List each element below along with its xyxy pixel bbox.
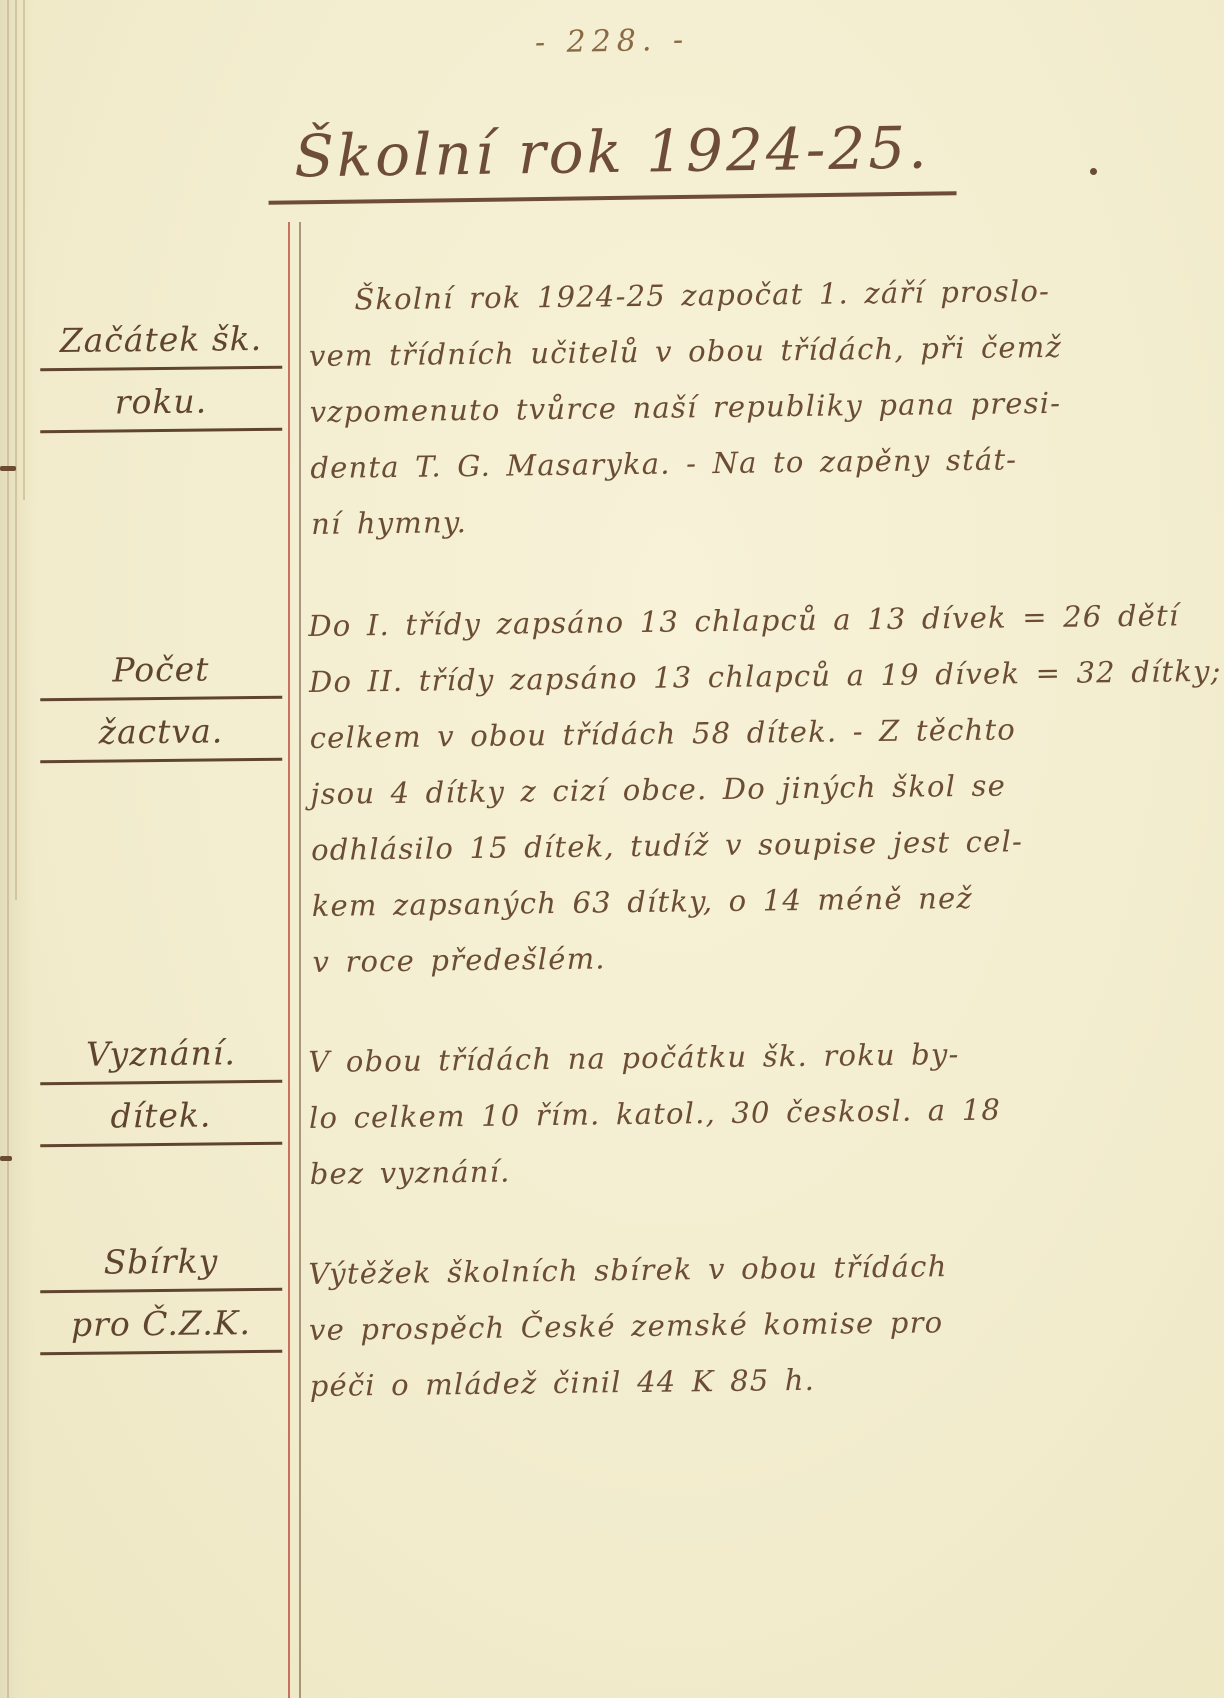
dark-margin-rule: [299, 222, 301, 1698]
text-line: v roce předešlém.: [312, 924, 1159, 990]
text-line: celkem v obou třídách 58 dítek. - Z těch…: [309, 700, 1156, 766]
margin-note-line: Počet: [40, 649, 283, 702]
text-line: ní hymny.: [311, 486, 1158, 552]
text-line: vzpomenuto tvůrce naší republiky pana pr…: [309, 374, 1156, 440]
text-line: kem zapsaných 63 dítky, o 14 méně než: [311, 868, 1158, 934]
chronicle-page: - 228. - Školní rok 1924-25. Začátek šk.…: [0, 0, 1224, 1698]
page-title: Školní rok 1924-25.: [0, 109, 1224, 208]
paragraph-collections: Výtěžek školních sbírek v obou třídách v…: [308, 1236, 1156, 1414]
text-line: Do II. třídy zapsáno 13 chlapců a 19 dív…: [309, 644, 1156, 710]
ink-speck: [1090, 168, 1097, 175]
text-line: Výtěžek školních sbírek v obou třídách: [308, 1236, 1155, 1302]
text-line: denta T. G. Masaryka. - Na to zapěny stá…: [310, 430, 1157, 496]
page-number: - 228. -: [0, 13, 1224, 69]
margin-note-sbirky: Sbírky pro Č.Z.K.: [40, 1242, 282, 1354]
paragraph-religion: V obou třídách na počátku šk. roku by- l…: [308, 1024, 1156, 1202]
ink-speck: [0, 466, 16, 471]
text-line: odhlásilo 15 dítek, tudíž v soupise jest…: [311, 812, 1158, 878]
margin-note-line: roku.: [40, 381, 283, 434]
text-line: Do I. třídy zapsáno 13 chlapců a 13 díve…: [308, 588, 1155, 654]
page-edge-line: [23, 0, 25, 500]
paragraph-school-year-start: Školní rok 1924-25 započat 1. září prosl…: [308, 262, 1157, 552]
text-line: vem třídních učitelů v obou třídách, při…: [309, 318, 1156, 384]
text-line: bez vyznání.: [309, 1136, 1156, 1202]
margin-note-vyznani: Vyznání. dítek.: [40, 1034, 282, 1146]
text-line: Školní rok 1924-25 započat 1. září prosl…: [308, 262, 1155, 328]
text-line: lo celkem 10 řím. katol., 30 českosl. a …: [309, 1080, 1156, 1146]
red-margin-rule: [288, 222, 290, 1698]
text-line: jsou 4 dítky z cizí obce. Do jiných škol…: [310, 756, 1157, 822]
text-line: V obou třídách na počátku šk. roku by-: [308, 1024, 1155, 1090]
margin-note-line: pro Č.Z.K.: [40, 1303, 283, 1356]
text-line: péči o mládež činil 44 K 85 h.: [309, 1348, 1156, 1414]
paragraph-pupil-count: Do I. třídy zapsáno 13 chlapců a 13 díve…: [308, 588, 1159, 990]
text-line: ve prospěch České zemské komise pro: [309, 1292, 1156, 1358]
margin-note-line: Začátek šk.: [40, 319, 283, 372]
ink-speck: [0, 1156, 12, 1161]
margin-note-line: Vyznání.: [40, 1033, 283, 1086]
margin-note-line: žactva.: [40, 711, 283, 764]
margin-note-pocet: Počet žactva.: [40, 650, 282, 762]
margin-note-line: dítek.: [40, 1095, 283, 1148]
margin-note-zacatek: Začátek šk. roku.: [40, 320, 282, 432]
margin-note-line: Sbírky: [40, 1241, 283, 1294]
page-edge-line: [7, 0, 9, 1698]
page-title-text: Školní rok 1924-25.: [268, 113, 956, 205]
book-binding-edge: [0, 0, 34, 1698]
